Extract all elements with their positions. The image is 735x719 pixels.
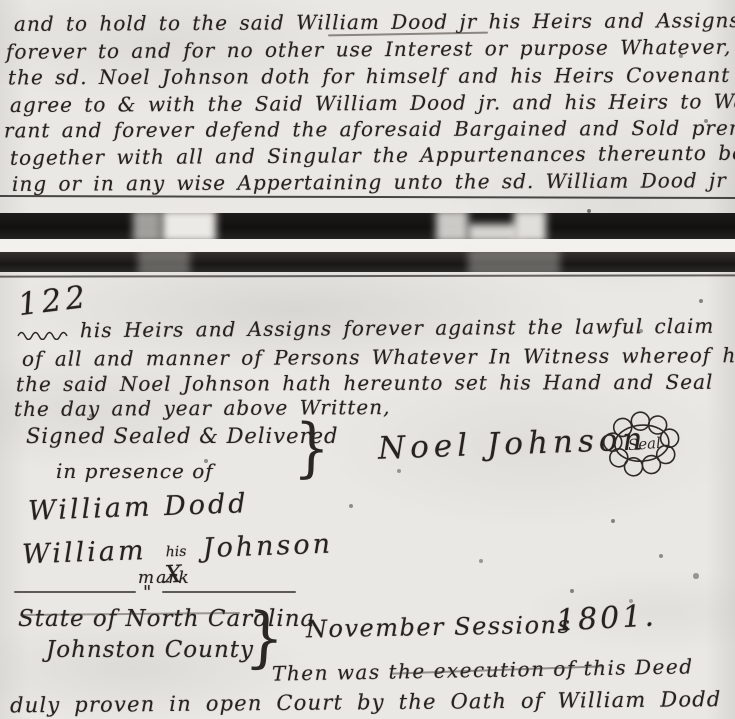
witness-signature-william-johnson: William his X Johnson — [22, 529, 334, 571]
scan-fold-dark-band — [0, 252, 735, 272]
attestation-brace: } — [293, 410, 331, 486]
court-session-line: November Sessions — [306, 611, 572, 644]
scan-fold-line — [0, 274, 735, 277]
witness2-given-name: William — [22, 535, 148, 570]
deed-line: his Heirs and Assigns forever against th… — [80, 314, 714, 342]
court-county-line: Johnston County — [46, 637, 254, 663]
attestation-signed-line: Signed Sealed & Delivered — [26, 424, 338, 448]
fold-band-gap — [162, 210, 216, 242]
scan-fold-line — [0, 195, 735, 199]
deed-line: rant and forever defend the aforesaid Ba… — [4, 116, 735, 143]
deed-line: the said Noel Johnson hath hereunto set … — [16, 370, 713, 396]
divider-line-left — [14, 591, 136, 593]
divider-line-right — [162, 591, 296, 593]
fold-band-gap — [133, 210, 161, 242]
page-number: 122 — [16, 279, 91, 323]
fold-band-gap — [468, 249, 560, 275]
seal: Seal — [596, 407, 693, 483]
deed-document-page: and to hold to the said William Dood jr … — [0, 0, 735, 719]
scan-fold-dark-band — [0, 213, 735, 239]
divider-ditto-mark: " — [143, 582, 151, 603]
deed-line: agree to & with the Said William Dood jr… — [10, 89, 735, 117]
deed-line: together with all and Singular the Appur… — [10, 140, 735, 170]
witness-signature-william-dodd: William Dodd — [28, 488, 250, 527]
seal-text: Seal — [627, 434, 661, 454]
attestation-presence-line: in presence of — [56, 459, 214, 483]
court-year: 1801. — [555, 598, 658, 638]
flourish-squiggle — [16, 328, 72, 340]
witness2-his-label: his — [165, 544, 186, 561]
deed-line: ing or in any wise Appertaining unto the… — [12, 168, 727, 196]
deed-line: the sd. Noel Johnson doth for himself an… — [8, 63, 735, 90]
scan-speckles — [0, 0, 2, 2]
deed-line: the day and year above Written, — [14, 395, 391, 421]
deed-line: and to hold to the said William Dood jr … — [14, 8, 735, 36]
deed-line: forever to and for no other use Interest… — [6, 34, 735, 63]
deed-line: of all and manner of Persons Whatever In… — [22, 343, 735, 371]
fold-band-gap — [436, 210, 468, 242]
court-proof-line: duly proven in open Court by the Oath of… — [10, 687, 735, 718]
fold-band-gap — [138, 249, 190, 275]
fold-band-gap — [514, 210, 546, 242]
scan-fold-white-strip — [0, 239, 735, 252]
witness2-surname: Johnson — [202, 529, 333, 565]
